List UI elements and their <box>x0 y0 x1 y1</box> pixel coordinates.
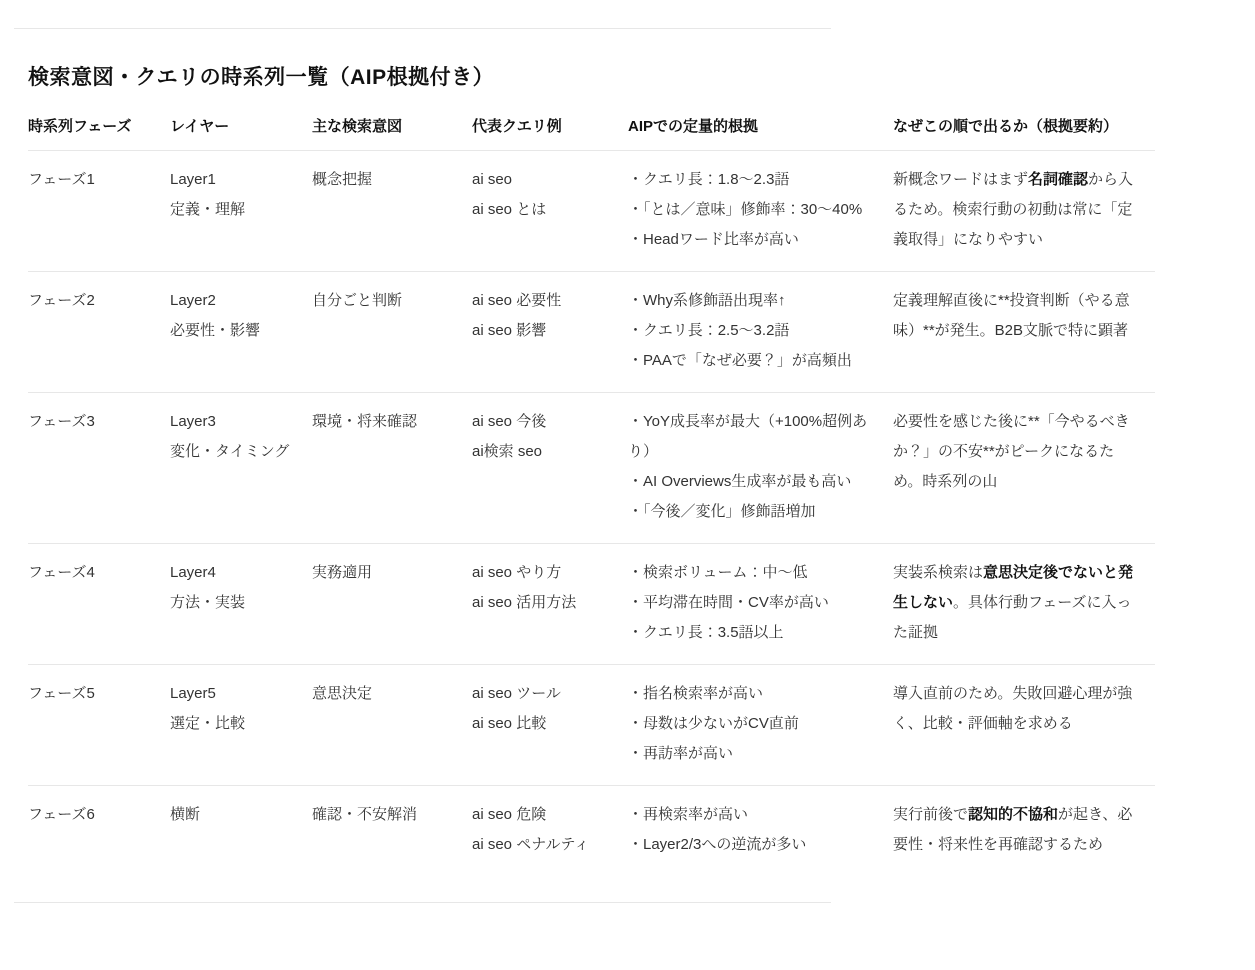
cell-phase-line: フェーズ3 <box>28 407 152 437</box>
cell-reason-text: 新概念ワードはまず名詞確認から入るため。検索行動の初動は常に「定義取得」になりや… <box>893 165 1137 255</box>
cell-aip-line: ・Layer2/3への逆流が多い <box>628 830 875 860</box>
cell-reason: 実装系検索は意思決定後でないと発生しない。具体行動フェーズに入った証拠 <box>893 558 1155 648</box>
cell-layer-line: 横断 <box>170 800 294 830</box>
cell-layer-line: 必要性・影響 <box>170 316 294 346</box>
cell-layer-line: Layer4 <box>170 558 294 588</box>
cell-phase-line: フェーズ5 <box>28 679 152 709</box>
cell-aip-line: ・クエリ長：2.5〜3.2語 <box>628 316 875 346</box>
cell-reason: 導入直前のため。失敗回避心理が強く、比較・評価軸を求める <box>893 679 1155 769</box>
table-row: フェーズ3Layer3変化・タイミング環境・将来確認ai seo 今後ai検索 … <box>28 393 1155 544</box>
cell-queries: ai seo 必要性ai seo 影響 <box>472 286 628 376</box>
search-intent-table: 時系列フェーズ レイヤー 主な検索意図 代表クエリ例 AIPでの定量的根拠 なぜ… <box>28 117 1155 876</box>
cell-aip-line: ・「今後／変化」修飾語増加 <box>628 497 875 527</box>
cell-aip: ・YoY成長率が最大（+100%超例あり）・AI Overviews生成率が最も… <box>628 407 893 527</box>
cell-reason-text: 必要性を感じた後に**「今やるべきか？」の不安**がピークになるため。時系列の山 <box>893 407 1137 497</box>
cell-phase-line: フェーズ2 <box>28 286 152 316</box>
table-row: フェーズ1Layer1定義・理解概念把握ai seoai seo とは・クエリ長… <box>28 151 1155 272</box>
cell-intent: 環境・将来確認 <box>312 407 472 527</box>
cell-phase: フェーズ2 <box>28 286 170 376</box>
page-title: 検索意図・クエリの時系列一覧（AIP根拠付き） <box>28 65 1255 91</box>
cell-aip-line: ・平均滞在時間・CV率が高い <box>628 588 875 618</box>
cell-intent-line: 確認・不安解消 <box>312 800 454 830</box>
cell-layer-line: Layer5 <box>170 679 294 709</box>
cell-layer-line: Layer1 <box>170 165 294 195</box>
cell-reason-text: 実装系検索は意思決定後でないと発生しない。具体行動フェーズに入った証拠 <box>893 558 1137 648</box>
cell-queries-line: ai seo ペナルティ <box>472 830 610 860</box>
cell-aip-line: ・Why系修飾語出現率↑ <box>628 286 875 316</box>
cell-reason: 必要性を感じた後に**「今やるべきか？」の不安**がピークになるため。時系列の山 <box>893 407 1155 527</box>
cell-queries: ai seo 今後ai検索 seo <box>472 407 628 527</box>
cell-intent: 自分ごと判断 <box>312 286 472 376</box>
column-header-queries: 代表クエリ例 <box>472 117 628 137</box>
cell-phase: フェーズ5 <box>28 679 170 769</box>
cell-queries: ai seo 危険ai seo ペナルティ <box>472 800 628 860</box>
column-header-reason: なぜこの順で出るか（根拠要約） <box>893 117 1155 137</box>
cell-layer-line: 選定・比較 <box>170 709 294 739</box>
column-header-phase: 時系列フェーズ <box>28 117 170 137</box>
cell-phase: フェーズ3 <box>28 407 170 527</box>
cell-aip-line: ・再検索率が高い <box>628 800 875 830</box>
cell-phase: フェーズ6 <box>28 800 170 860</box>
cell-intent: 意思決定 <box>312 679 472 769</box>
cell-queries: ai seo やり方ai seo 活用方法 <box>472 558 628 648</box>
cell-layer: Layer4方法・実装 <box>170 558 312 648</box>
cell-aip: ・検索ボリューム：中〜低・平均滞在時間・CV率が高い・クエリ長：3.5語以上 <box>628 558 893 648</box>
column-header-intent: 主な検索意図 <box>312 117 472 137</box>
table-row: フェーズ2Layer2必要性・影響自分ごと判断ai seo 必要性ai seo … <box>28 272 1155 393</box>
cell-layer: Layer1定義・理解 <box>170 165 312 255</box>
cell-queries-line: ai seo 影響 <box>472 316 610 346</box>
cell-intent-line: 自分ごと判断 <box>312 286 454 316</box>
cell-aip-line: ・検索ボリューム：中〜低 <box>628 558 875 588</box>
cell-reason-text: 実行前後で認知的不協和が起き、必要性・将来性を再確認するため <box>893 800 1137 860</box>
cell-aip-line: ・クエリ長：1.8〜2.3語 <box>628 165 875 195</box>
cell-aip-line: ・再訪率が高い <box>628 739 875 769</box>
cell-phase: フェーズ1 <box>28 165 170 255</box>
cell-reason: 実行前後で認知的不協和が起き、必要性・将来性を再確認するため <box>893 800 1155 860</box>
cell-queries-line: ai seo <box>472 165 610 195</box>
cell-queries-line: ai seo 危険 <box>472 800 610 830</box>
cell-layer: Layer3変化・タイミング <box>170 407 312 527</box>
table-body: フェーズ1Layer1定義・理解概念把握ai seoai seo とは・クエリ長… <box>28 151 1155 876</box>
column-header-aip: AIPでの定量的根拠 <box>628 117 893 137</box>
cell-layer-line: Layer3 <box>170 407 294 437</box>
cell-phase-line: フェーズ4 <box>28 558 152 588</box>
cell-intent-line: 意思決定 <box>312 679 454 709</box>
cell-aip-line: ・AI Overviews生成率が最も高い <box>628 467 875 497</box>
cell-aip-line: ・指名検索率が高い <box>628 679 875 709</box>
cell-intent-line: 環境・将来確認 <box>312 407 454 437</box>
cell-phase-line: フェーズ1 <box>28 165 152 195</box>
cell-aip-line: ・「とは／意味」修飾率：30〜40% <box>628 195 875 225</box>
cell-queries-line: ai seo とは <box>472 195 610 225</box>
cell-aip-line: ・PAAで「なぜ必要？」が高頻出 <box>628 346 875 376</box>
cell-queries: ai seo ツールai seo 比較 <box>472 679 628 769</box>
cell-aip-line: ・母数は少ないがCV直前 <box>628 709 875 739</box>
horizontal-rule-top <box>14 28 831 29</box>
cell-queries-line: ai seo やり方 <box>472 558 610 588</box>
cell-phase-line: フェーズ6 <box>28 800 152 830</box>
cell-aip: ・クエリ長：1.8〜2.3語・「とは／意味」修飾率：30〜40%・Headワード… <box>628 165 893 255</box>
horizontal-rule-bottom <box>14 902 831 903</box>
cell-reason-text: 定義理解直後に**投資判断（やる意味）**が発生。B2B文脈で特に顕著 <box>893 286 1137 346</box>
cell-reason: 新概念ワードはまず名詞確認から入るため。検索行動の初動は常に「定義取得」になりや… <box>893 165 1155 255</box>
cell-queries-line: ai seo 活用方法 <box>472 588 610 618</box>
cell-intent: 確認・不安解消 <box>312 800 472 860</box>
cell-aip: ・指名検索率が高い・母数は少ないがCV直前・再訪率が高い <box>628 679 893 769</box>
cell-queries: ai seoai seo とは <box>472 165 628 255</box>
cell-aip-line: ・Headワード比率が高い <box>628 225 875 255</box>
table-row: フェーズ6横断確認・不安解消ai seo 危険ai seo ペナルティ・再検索率… <box>28 786 1155 876</box>
cell-reason: 定義理解直後に**投資判断（やる意味）**が発生。B2B文脈で特に顕著 <box>893 286 1155 376</box>
cell-layer-line: 変化・タイミング <box>170 437 294 467</box>
cell-queries-line: ai seo ツール <box>472 679 610 709</box>
cell-layer: Layer2必要性・影響 <box>170 286 312 376</box>
column-header-layer: レイヤー <box>170 117 312 137</box>
document-page: { "page": { "title": "検索意図・クエリの時系列一覧（AIP… <box>0 0 1255 970</box>
cell-aip: ・再検索率が高い・Layer2/3への逆流が多い <box>628 800 893 860</box>
table-row: フェーズ4Layer4方法・実装実務適用ai seo やり方ai seo 活用方… <box>28 544 1155 665</box>
table-header-row: 時系列フェーズ レイヤー 主な検索意図 代表クエリ例 AIPでの定量的根拠 なぜ… <box>28 117 1155 151</box>
cell-aip-line: ・クエリ長：3.5語以上 <box>628 618 875 648</box>
cell-layer-line: 方法・実装 <box>170 588 294 618</box>
cell-queries-line: ai検索 seo <box>472 437 610 467</box>
table-row: フェーズ5Layer5選定・比較意思決定ai seo ツールai seo 比較・… <box>28 665 1155 786</box>
cell-queries-line: ai seo 必要性 <box>472 286 610 316</box>
cell-reason-text: 導入直前のため。失敗回避心理が強く、比較・評価軸を求める <box>893 679 1137 739</box>
cell-layer-line: Layer2 <box>170 286 294 316</box>
cell-queries-line: ai seo 今後 <box>472 407 610 437</box>
cell-intent: 概念把握 <box>312 165 472 255</box>
cell-phase: フェーズ4 <box>28 558 170 648</box>
cell-intent-line: 実務適用 <box>312 558 454 588</box>
cell-aip: ・Why系修飾語出現率↑・クエリ長：2.5〜3.2語・PAAで「なぜ必要？」が高… <box>628 286 893 376</box>
cell-intent-line: 概念把握 <box>312 165 454 195</box>
cell-aip-line: ・YoY成長率が最大（+100%超例あり） <box>628 407 875 467</box>
cell-intent: 実務適用 <box>312 558 472 648</box>
cell-layer-line: 定義・理解 <box>170 195 294 225</box>
cell-layer: 横断 <box>170 800 312 860</box>
cell-layer: Layer5選定・比較 <box>170 679 312 769</box>
cell-queries-line: ai seo 比較 <box>472 709 610 739</box>
